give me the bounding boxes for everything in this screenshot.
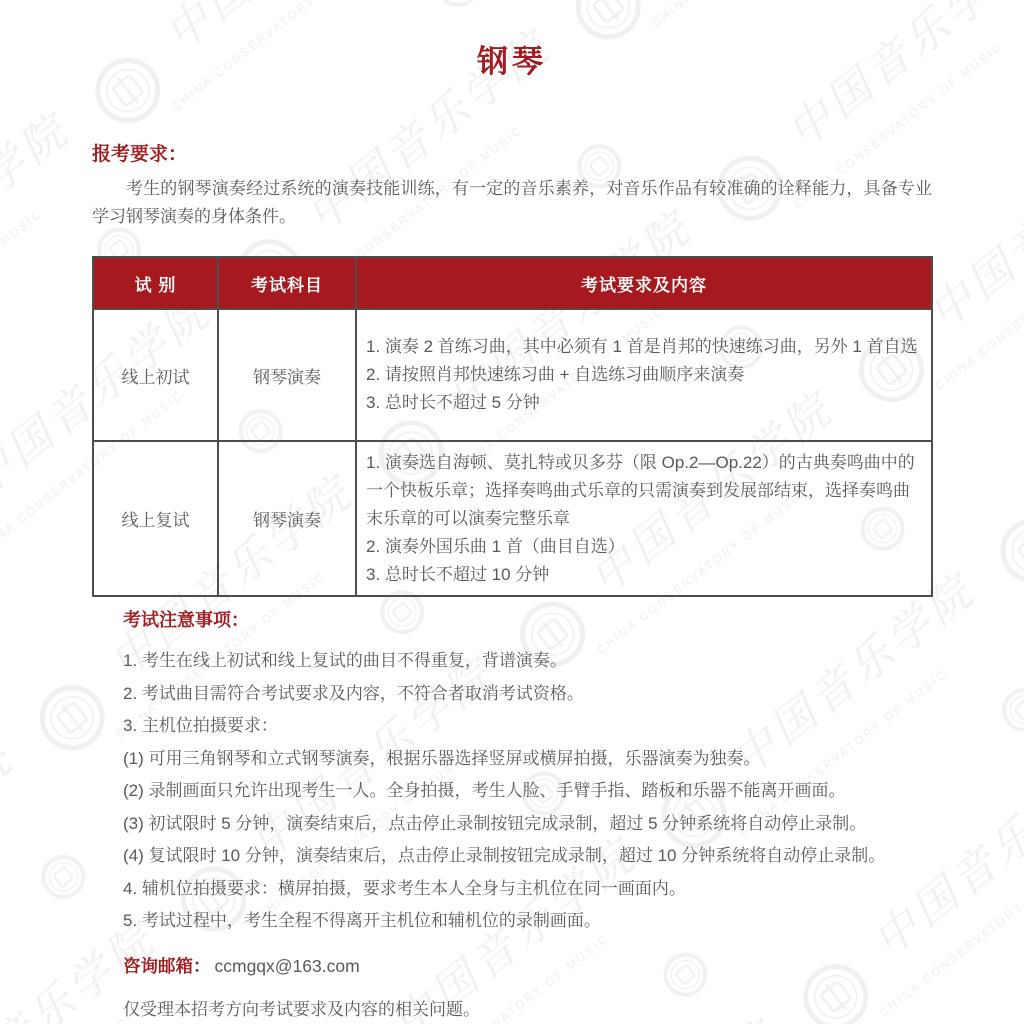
- note-item: 1. 考生在线上初试和线上复试的曲目不得重复，背谱演奏。: [123, 645, 1018, 678]
- requirement-line: 2. 请按照肖邦快速练习曲 + 自选练习曲顺序来演奏: [366, 361, 922, 389]
- exam-notes-section: 考试注意事项： 1. 考生在线上初试和线上复试的曲目不得重复，背谱演奏。 2. …: [123, 606, 1018, 938]
- table-row: 线上初试 钢琴演奏 1. 演奏 2 首练习曲，其中必须有 1 首是肖邦的快速练习…: [93, 309, 932, 441]
- round-cell: 线上初试: [93, 309, 218, 441]
- requirements-cell: 1. 演奏选自海顿、莫扎特或贝多芬（限 Op.2—Op.22）的古典奏鸣曲中的一…: [356, 441, 932, 596]
- requirement-line: 3. 总时长不超过 10 分钟: [366, 561, 922, 589]
- contact-email: ccmgqx@163.com: [215, 956, 360, 976]
- contact-section: 咨询邮箱：ccmgqx@163.com 仅受理本招考方向考试要求及内容的相关问题…: [123, 954, 1003, 1020]
- note-item: (1) 可用三角钢琴和立式钢琴演奏，根据乐器选择竖屏或横屏拍摄，乐器演奏为独奏。: [123, 743, 1018, 776]
- round-cell: 线上复试: [93, 441, 218, 596]
- application-requirements-body: 考生的钢琴演奏经过系统的演奏技能训练，有一定的音乐素养，对音乐作品有较准确的诠释…: [92, 175, 932, 231]
- subject-cell: 钢琴演奏: [218, 309, 356, 441]
- header-subject: 考试科目: [218, 257, 356, 309]
- note-item: 5. 考试过程中，考生全程不得离开主机位和辅机位的录制画面。: [123, 905, 1018, 938]
- exam-requirements-table: 试 别 考试科目 考试要求及内容 线上初试 钢琴演奏 1. 演奏 2 首练习曲，…: [92, 256, 933, 597]
- document-page: 中国音乐学院 CHINA CONSERVATORY OF MUSIC 钢琴 报考…: [0, 0, 1024, 1024]
- page-title: 钢琴: [0, 36, 1024, 81]
- note-item: 4. 辅机位拍摄要求：横屏拍摄，要求考生本人全身与主机位在同一画面内。: [123, 873, 1018, 906]
- note-item: (4) 复试限时 10 分钟，演奏结束后，点击停止录制按钮完成录制，超过 10 …: [123, 840, 1018, 873]
- requirement-line: 1. 演奏选自海顿、莫扎特或贝多芬（限 Op.2—Op.22）的古典奏鸣曲中的一…: [366, 449, 922, 533]
- contact-email-label: 咨询邮箱：: [123, 956, 211, 976]
- header-requirements: 考试要求及内容: [356, 257, 932, 309]
- table-row: 线上复试 钢琴演奏 1. 演奏选自海顿、莫扎特或贝多芬（限 Op.2—Op.22…: [93, 441, 932, 596]
- note-item: (2) 录制画面只允许出现考生一人。全身拍摄，考生人脸、手臂手指、踏板和乐器不能…: [123, 775, 1018, 808]
- note-item: 3. 主机位拍摄要求：: [123, 710, 1018, 743]
- note-item: (3) 初试限时 5 分钟，演奏结束后，点击停止录制按钮完成录制，超过 5 分钟…: [123, 808, 1018, 841]
- contact-line: 咨询邮箱：ccmgqx@163.com: [123, 954, 1003, 978]
- requirement-line: 2. 演奏外国乐曲 1 首（曲目自选）: [366, 533, 922, 561]
- application-requirements-section: 报考要求： 考生的钢琴演奏经过系统的演奏技能训练，有一定的音乐素养，对音乐作品有…: [92, 139, 932, 231]
- table-header-row: 试 别 考试科目 考试要求及内容: [93, 257, 932, 309]
- subject-cell: 钢琴演奏: [218, 441, 356, 596]
- exam-notes-heading: 考试注意事项：: [123, 606, 1018, 632]
- requirement-line: 3. 总时长不超过 5 分钟: [366, 389, 922, 417]
- requirement-line: 1. 演奏 2 首练习曲，其中必须有 1 首是肖邦的快速练习曲，另外 1 首自选: [366, 333, 922, 361]
- requirements-cell: 1. 演奏 2 首练习曲，其中必须有 1 首是肖邦的快速练习曲，另外 1 首自选…: [356, 309, 932, 441]
- note-item: 2. 考试曲目需符合考试要求及内容，不符合者取消考试资格。: [123, 678, 1018, 711]
- application-requirements-heading: 报考要求：: [92, 139, 932, 166]
- contact-note: 仅受理本招考方向考试要求及内容的相关问题。: [123, 995, 1003, 1020]
- header-round: 试 别: [93, 257, 218, 309]
- page-content: 钢琴 报考要求： 考生的钢琴演奏经过系统的演奏技能训练，有一定的音乐素养，对音乐…: [0, 0, 1024, 1024]
